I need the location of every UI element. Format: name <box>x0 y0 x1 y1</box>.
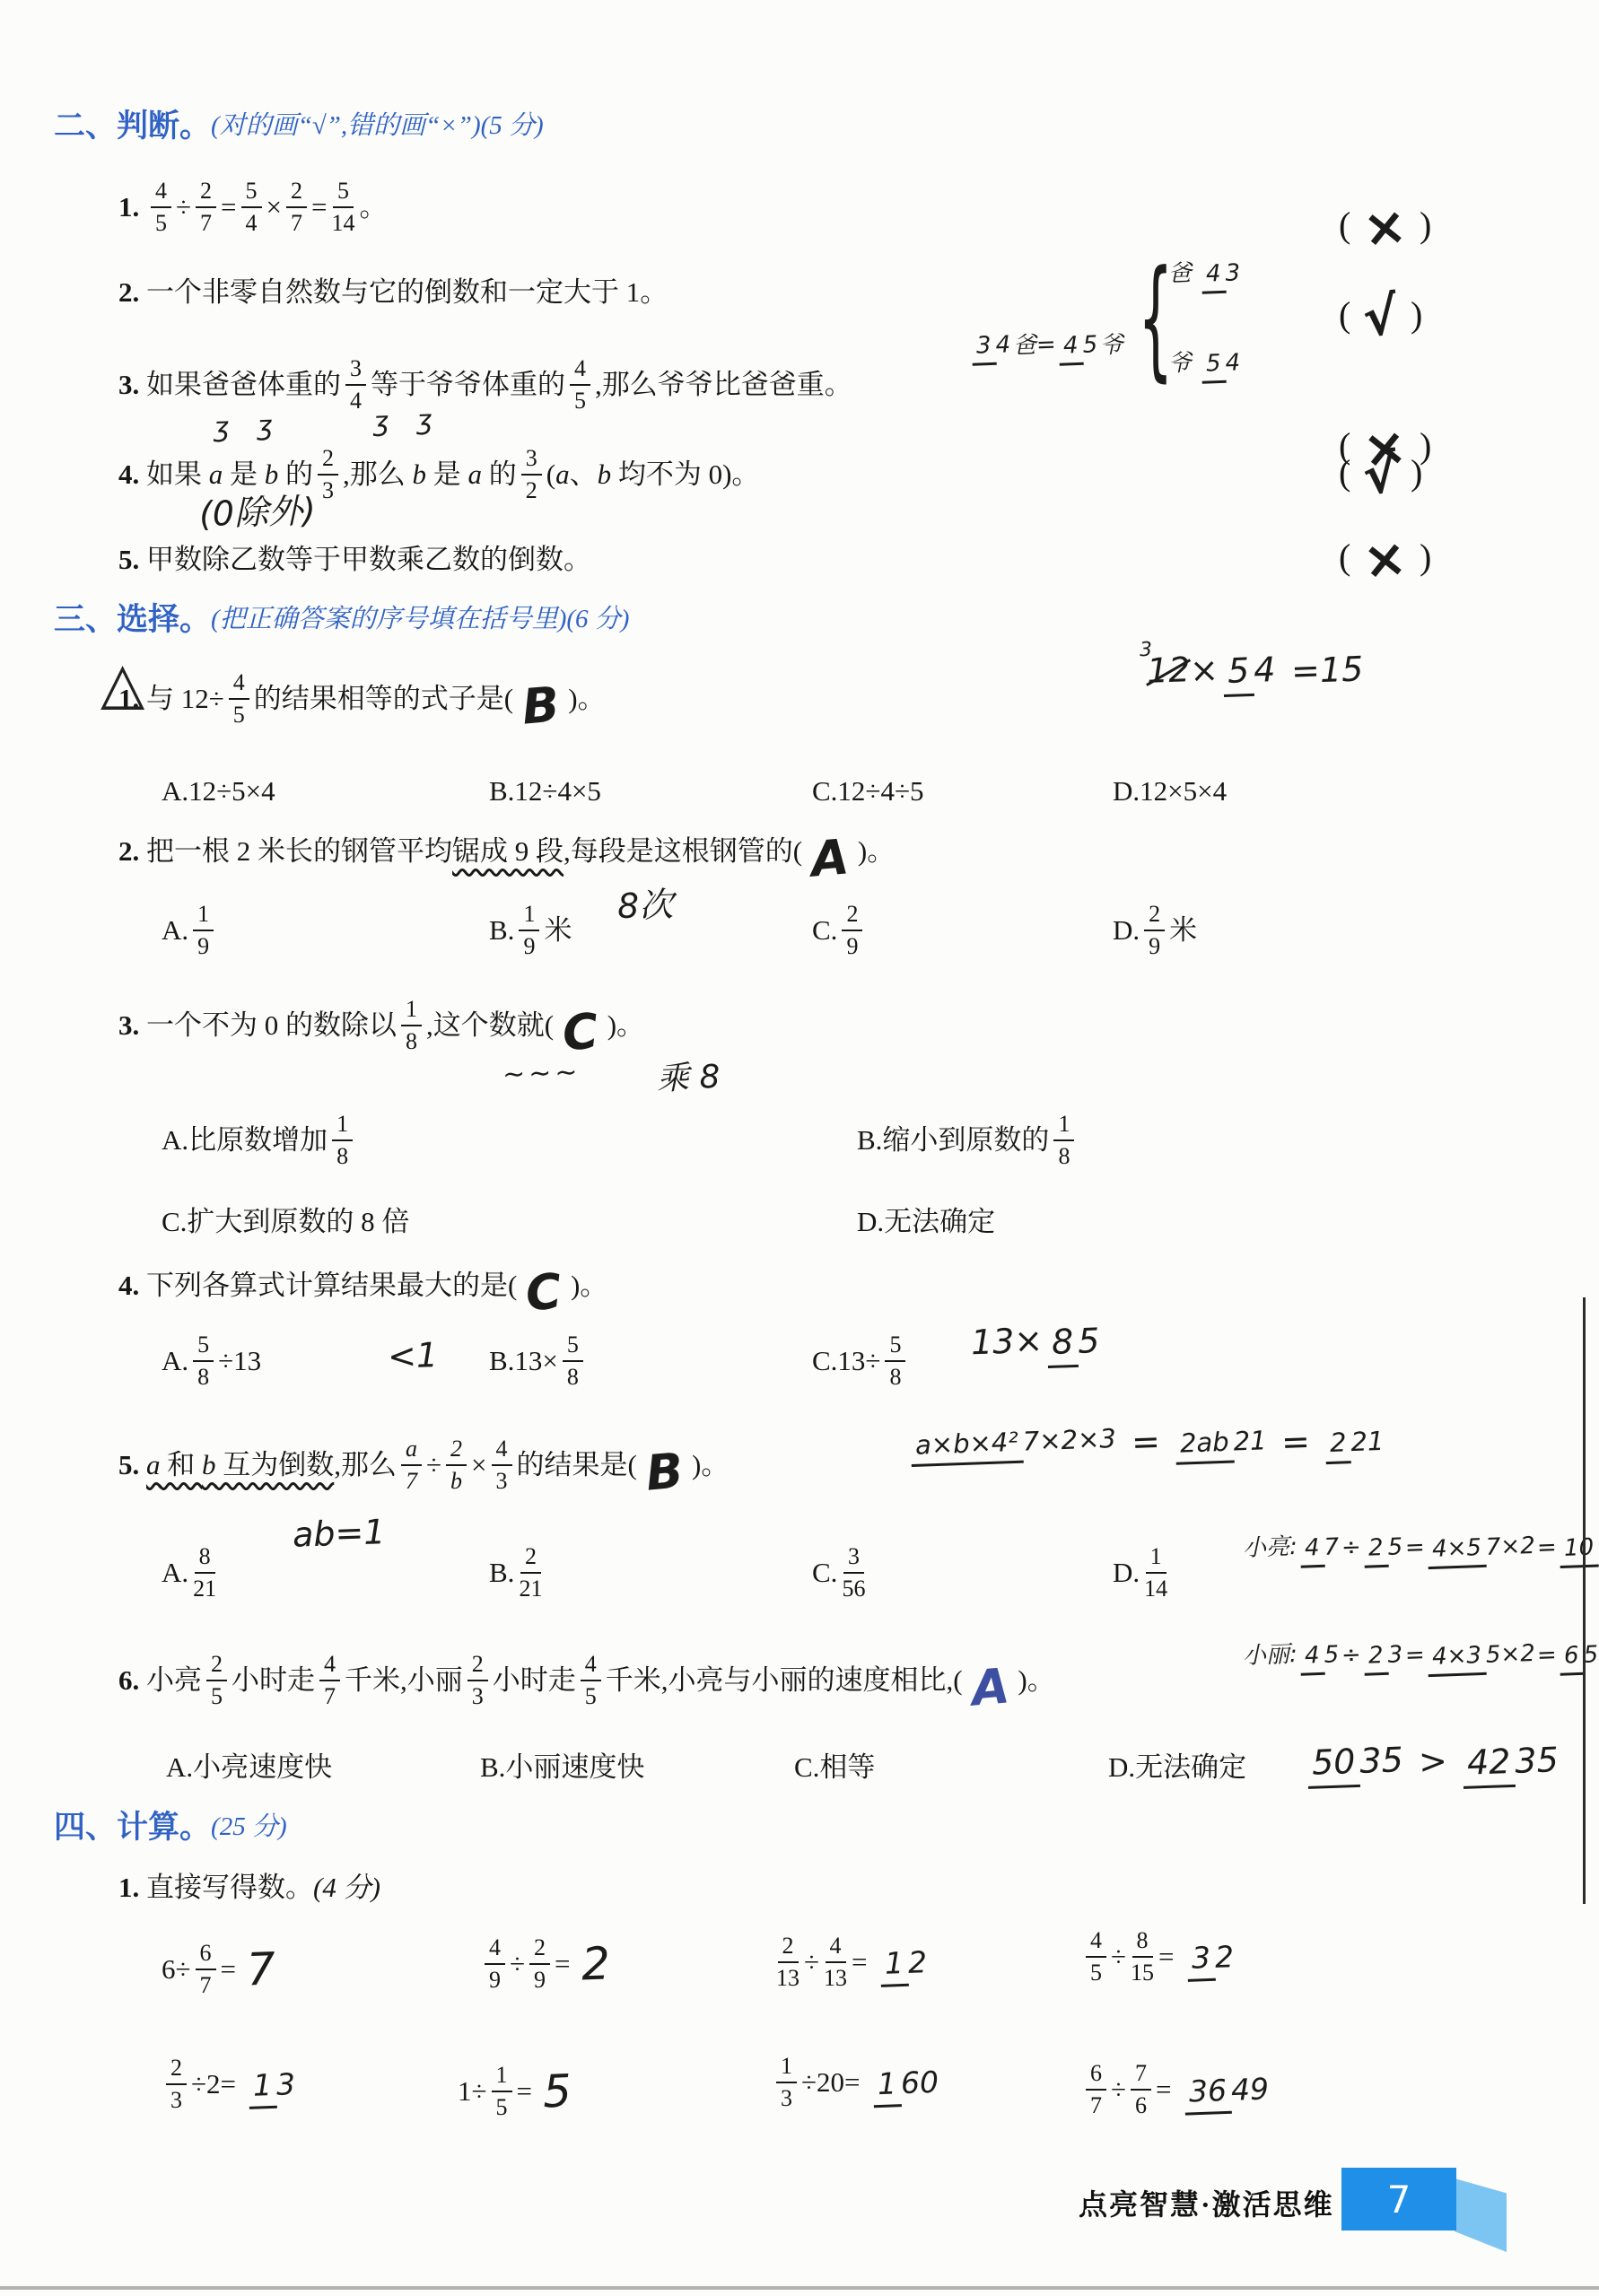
printed-segment: 18 <box>401 998 422 1053</box>
printed-segment: ÷ <box>1111 1939 1126 1975</box>
printed-segment: ( <box>1339 202 1350 249</box>
printed-segment: 如果爸爸体重的 <box>146 367 341 403</box>
printed-segment: 43 <box>1201 261 1241 285</box>
judge-answer-2: (√) <box>1339 289 1422 341</box>
printed-segment: 27 <box>286 179 307 235</box>
printed-segment: ) <box>1411 292 1422 338</box>
printed-segment: 3. <box>118 367 146 403</box>
printed-segment: 45 <box>151 179 171 235</box>
printed-segment: = <box>555 1946 570 1982</box>
handwritten-segment: ~~~ <box>502 1059 581 1088</box>
calc-cell-r2c2: 1÷15=5 <box>458 2064 572 2119</box>
printed-segment: 23 <box>166 2056 187 2112</box>
printed-segment: 45 <box>229 671 249 727</box>
choice-q1-option-c: C.12÷4÷5 <box>812 773 923 809</box>
printed-segment: (25 分) <box>211 1811 287 1845</box>
printed-segment: A. <box>162 1555 188 1591</box>
printed-segment: 18 <box>1053 1113 1074 1168</box>
printed-segment: B. <box>489 1555 514 1591</box>
choice-q3-option-b: B.缩小到原数的18 <box>857 1113 1079 1168</box>
printed-segment: 58 <box>885 1333 905 1389</box>
printed-segment: 3. <box>118 1008 146 1043</box>
printed-segment: 小时走 <box>493 1663 576 1698</box>
printed-segment: 与 12÷ <box>146 681 224 717</box>
printed-segment: 1. <box>118 1870 146 1906</box>
page-number: 7 <box>1387 2178 1411 2222</box>
printed-segment: 如果 <box>146 457 209 493</box>
worksheet-page: 二、判断。(对的画“√”,错的画“×”)(5 分) 1. 45÷27=54×27… <box>0 0 1599 2296</box>
handwritten-segment: = <box>1404 1536 1425 1560</box>
choice-question-6: 6. 小亮25小时走47千米,小丽23小时走45千米,小亮与小丽的速度相比,(A… <box>118 1653 1055 1708</box>
printed-segment: ÷2= <box>191 2066 236 2102</box>
printed-segment: 45 <box>1086 1929 1106 1985</box>
printed-segment: 一个不为 0 的数除以 <box>146 1008 397 1043</box>
printed-segment: 三、 <box>54 599 117 641</box>
printed-segment: 千米,小丽 <box>345 1663 463 1698</box>
printed-segment: ) <box>1411 450 1422 496</box>
printed-segment: ÷ <box>1111 2072 1126 2108</box>
printed-segment: 米 <box>544 912 572 948</box>
printed-segment: = <box>852 1944 867 1980</box>
printed-segment: 213 <box>776 1934 799 1990</box>
handwritten-segment: ab=1 <box>292 1515 386 1552</box>
scan-edge-line <box>1583 1297 1586 1904</box>
printed-segment: 34 <box>345 357 366 413</box>
hw-note-q3-multiply-8: 乘 8 <box>657 1062 720 1095</box>
choice-q4-option-b: B.13×58 <box>489 1333 588 1389</box>
choice-q6-option-d: D.无法确定 <box>1108 1750 1246 1785</box>
handwritten-segment: 小亮: <box>1243 1535 1298 1560</box>
handwritten-segment: 13× <box>970 1323 1043 1360</box>
hw-note-q3-brace: { <box>1140 296 1172 346</box>
printed-segment: 34 <box>972 333 1011 357</box>
handwritten-segment: ÷ <box>1341 1536 1361 1560</box>
printed-segment: 小亮 <box>146 1663 202 1698</box>
printed-segment: 1. <box>118 189 146 225</box>
printed-segment: A. <box>162 1343 188 1379</box>
printed-segment: = <box>311 189 327 225</box>
printed-segment: 3649 <box>1184 2073 1269 2106</box>
hw-note-q3-equation: 34爸=45爷 <box>969 334 1123 357</box>
printed-segment: 2. <box>118 834 146 869</box>
choice-q1-option-d: D.12×5×4 <box>1113 773 1227 809</box>
handwritten-segment: × <box>1360 199 1409 256</box>
printed-segment: ) <box>1420 534 1431 581</box>
judge-item-1: 1. 45÷27=54×27=514。 <box>118 179 387 235</box>
printed-segment: C.相等 <box>794 1750 875 1785</box>
printed-segment: ÷ <box>804 1944 819 1980</box>
printed-segment: D. <box>1113 912 1140 948</box>
printed-segment: 221 <box>519 1545 542 1601</box>
choice-question-4: 4. 下列各算式计算结果最大的是(C)。 <box>118 1261 607 1310</box>
printed-segment: = <box>221 189 236 225</box>
choice-question-3: 3. 一个不为 0 的数除以18,这个数就(C)。 <box>118 998 644 1053</box>
printed-segment: 4235 <box>1462 1742 1559 1780</box>
handwritten-segment: 小丽: <box>1243 1643 1298 1668</box>
printed-segment: 6÷ <box>162 1951 191 1987</box>
handwritten-segment: = <box>1404 1644 1425 1668</box>
printed-segment: 6. <box>118 1663 146 1698</box>
printed-segment: 45 <box>1058 333 1097 357</box>
printed-segment: )。 <box>607 1008 644 1043</box>
printed-segment: B. <box>489 912 514 948</box>
printed-segment: 107 <box>1560 1535 1599 1560</box>
handwritten-segment: = <box>1271 1424 1322 1460</box>
printed-segment: 815 <box>1131 1929 1154 1985</box>
printed-segment: C. <box>812 912 837 948</box>
printed-segment: 45 <box>1299 1643 1339 1667</box>
handwritten-segment: = <box>1537 1644 1558 1668</box>
printed-segment: 4×57×2 <box>1427 1534 1535 1561</box>
printed-segment: 23 <box>467 1653 488 1708</box>
printed-segment: 的结果是( <box>517 1447 637 1483</box>
handwritten-segment: > <box>1407 1743 1458 1779</box>
printed-segment: 锯成 9 段 <box>452 834 564 869</box>
handwritten-segment: B <box>520 680 562 731</box>
printed-segment: 一个非零自然数与它的倒数和一定大于 1。 <box>146 275 668 310</box>
printed-segment: B.13× <box>489 1343 558 1379</box>
printed-segment: 45 <box>570 357 590 413</box>
printed-segment: a <box>468 457 483 493</box>
hw-note-q4-swap-marks: ʒ ʒ ʒ ʒ <box>214 411 436 438</box>
printed-segment: b <box>413 457 427 493</box>
handwritten-segment: 2 <box>581 1941 611 1986</box>
printed-segment: 2. <box>118 275 146 310</box>
printed-segment: 下列各算式计算结果最大的是( <box>146 1268 517 1304</box>
printed-segment: 54 <box>1223 652 1277 688</box>
printed-segment: 等于爷爷体重的 <box>371 367 565 403</box>
printed-segment: 5. <box>118 1447 146 1483</box>
printed-segment: 、 <box>570 457 598 493</box>
printed-segment: 514 <box>331 179 354 235</box>
hw-margin-xiaoli-speed: 小丽:45÷23=4×35×2=65 <box>1243 1644 1599 1667</box>
printed-segment: A.小亮速度快 <box>166 1750 332 1785</box>
printed-segment: 67 <box>1086 2062 1106 2117</box>
printed-segment: 选择。 <box>117 599 211 641</box>
hw-work-q1: 312×54 =15 <box>1140 653 1363 687</box>
printed-segment: A.比原数增加 <box>162 1122 328 1158</box>
hw-note-q3-dad: 爸 43 <box>1168 262 1243 285</box>
printed-segment: ( <box>1339 450 1350 496</box>
printed-segment: 是 <box>223 457 265 493</box>
printed-segment: 49 <box>485 1936 505 1992</box>
printed-segment: 32 <box>521 447 542 502</box>
printed-segment: )。 <box>571 1268 607 1304</box>
printed-segment: 76 <box>1131 2062 1151 2117</box>
handwritten-segment: 爸 <box>1168 261 1200 285</box>
handwritten-segment: 8次 <box>616 887 673 923</box>
handwritten-segment: 爷 <box>1100 334 1124 358</box>
printed-segment: 均不为 0)。 <box>611 457 759 493</box>
printed-segment: 2b <box>446 1437 467 1493</box>
printed-segment: 19 <box>193 903 214 958</box>
choice-q3-option-a: A.比原数增加18 <box>162 1113 357 1168</box>
printed-segment: C. <box>812 1555 837 1591</box>
printed-segment: 54 <box>241 179 262 235</box>
printed-segment: 米 <box>1169 912 1197 948</box>
printed-segment: A. <box>162 912 188 948</box>
printed-segment: 45 <box>581 1653 601 1708</box>
section-judge-header: 二、判断。(对的画“√”,错的画“×”)(5 分) <box>54 106 544 147</box>
choice-q5-option-c: C.356 <box>812 1545 869 1601</box>
handwritten-segment: 爷 <box>1168 351 1200 375</box>
printed-segment: 四、 <box>54 1807 117 1848</box>
printed-segment: 15 <box>492 2064 512 2119</box>
printed-segment: D.12×5×4 <box>1113 773 1227 809</box>
printed-segment: 计算。 <box>117 1807 211 1848</box>
handwritten-segment: C <box>524 1267 564 1318</box>
handwritten-segment: (0除外) <box>198 493 316 532</box>
printed-segment: a7 <box>401 1437 422 1493</box>
hw-note-q4-less-than-1: <1 <box>388 1339 438 1373</box>
choice-q2-option-b: B.19米 <box>489 903 572 958</box>
printed-segment: D.无法确定 <box>1108 1750 1246 1785</box>
printed-segment: 67 <box>196 1942 216 1997</box>
printed-segment: 4. <box>118 457 146 493</box>
judge-item-5: 5. 甲数除乙数等于甲数乘乙数的倒数。 <box>118 542 591 578</box>
printed-segment: a <box>146 1447 161 1483</box>
printed-segment: 821 <box>193 1545 216 1601</box>
printed-segment: × <box>266 189 282 225</box>
choice-q3-option-c: C.扩大到原数的 8 倍 <box>162 1204 409 1240</box>
hw-margin-compare: 5035 > 4235 <box>1303 1744 1562 1778</box>
calc-cell-r1c2: 49÷29=2 <box>480 1936 609 1992</box>
printed-segment: 114 <box>1144 1545 1167 1601</box>
printed-segment: )。 <box>568 681 605 717</box>
handwritten-segment: √ <box>1360 447 1401 502</box>
choice-q1-option-a: A.12÷5×4 <box>162 773 275 809</box>
printed-segment: 千米,小亮与小丽的速度相比,( <box>606 1663 963 1698</box>
printed-segment: 4. <box>118 1268 146 1304</box>
printed-segment: 的 <box>482 457 517 493</box>
handwritten-segment: = <box>1120 1424 1171 1460</box>
hw-note-q2-8-times: 8次 <box>617 888 673 922</box>
handwritten-segment: ÷ <box>1341 1644 1361 1668</box>
printed-segment: 直接写得数。 <box>146 1870 313 1906</box>
printed-segment: B.小丽速度快 <box>480 1750 644 1785</box>
choice-q5-option-d: D.114 <box>1113 1545 1172 1601</box>
printed-segment: ,那么 <box>334 1447 397 1483</box>
handwritten-segment: △ <box>100 655 144 712</box>
printed-segment: b <box>265 457 279 493</box>
printed-segment: 二、 <box>54 106 117 147</box>
printed-segment: 65 <box>1560 1643 1599 1667</box>
calc-cell-r2c4: 67÷76=3649 <box>1081 2062 1273 2117</box>
printed-segment: 29 <box>1144 903 1165 958</box>
printed-segment: 19 <box>519 903 539 958</box>
choice-question-1: △1. 与 12÷45的结果相等的式子是(B)。 <box>118 671 606 727</box>
printed-segment: D. <box>1113 1555 1140 1591</box>
calc-cell-r2c3: 13÷20=160 <box>772 2055 943 2110</box>
printed-segment: 47 <box>1299 1535 1339 1559</box>
printed-segment: a×b×4²7×2×3 <box>911 1426 1117 1459</box>
ribbon-main-shape: 7 <box>1341 2168 1456 2231</box>
printed-segment: D.无法确定 <box>857 1204 995 1240</box>
printed-segment: (4 分) <box>313 1870 380 1906</box>
printed-segment: B.缩小到原数的 <box>857 1122 1049 1158</box>
handwritten-segment: B <box>644 1446 686 1497</box>
choice-q2-option-d: D.29米 <box>1113 903 1197 958</box>
handwritten-segment: 乘 8 <box>656 1061 721 1096</box>
handwritten-segment: <1 <box>387 1338 438 1374</box>
printed-segment: 54 <box>1201 351 1241 375</box>
section-calc-header: 四、计算。(25 分) <box>54 1807 287 1848</box>
printed-segment: ) <box>1420 202 1431 249</box>
printed-segment: 23 <box>318 447 338 502</box>
hw-work-q5: a×b×4²7×2×3 = 2ab21 = 221 <box>906 1425 1389 1459</box>
hw-margin-xiaoliang-speed: 小亮:47÷25=4×57×2=107 <box>1243 1536 1599 1559</box>
printed-segment: 18 <box>332 1113 353 1168</box>
judge-item-2: 2. 一个非零自然数与它的倒数和一定大于 1。 <box>118 275 668 310</box>
printed-segment: b <box>202 1447 216 1483</box>
printed-segment: ,每段是这根钢管的( <box>564 834 802 869</box>
printed-segment: a <box>209 457 223 493</box>
printed-segment: ÷ <box>426 1447 441 1483</box>
printed-segment: 27 <box>196 179 216 235</box>
printed-segment: 25 <box>206 1653 227 1708</box>
printed-segment: 5035 <box>1306 1742 1403 1780</box>
printed-segment: ÷13 <box>218 1343 261 1379</box>
printed-segment: )。 <box>1018 1663 1054 1698</box>
printed-segment: 58 <box>193 1333 214 1389</box>
judge-answer-4: (√) <box>1339 447 1422 499</box>
printed-segment: 85 <box>1047 1323 1101 1359</box>
footer-motto: 点亮智慧·激活思维 <box>1079 2182 1334 2223</box>
calc-cell-r1c3: 213÷413=12 <box>772 1934 931 1990</box>
printed-segment: 把一根 2 米长的钢管平均 <box>146 834 452 869</box>
printed-segment: )。 <box>692 1447 729 1483</box>
printed-segment: C.12÷4÷5 <box>812 773 923 809</box>
calc-cell-r2c1: 23÷2=13 <box>162 2056 300 2112</box>
printed-segment: )。 <box>858 834 895 869</box>
printed-segment: C.13÷ <box>812 1343 880 1379</box>
printed-segment: ( <box>1339 534 1350 581</box>
printed-segment: 413 <box>824 1934 847 1990</box>
handwritten-segment: 爸= <box>1013 333 1057 358</box>
printed-segment: 是 <box>426 457 468 493</box>
printed-segment: = <box>517 2073 532 2109</box>
handwritten-segment: A <box>969 1662 1010 1713</box>
printed-segment: = <box>221 1951 236 1987</box>
printed-segment: 47 <box>319 1653 340 1708</box>
printed-segment: 58 <box>563 1333 583 1389</box>
handwritten-segment: 7 <box>246 1946 276 1992</box>
printed-segment: × <box>471 1447 486 1483</box>
handwritten-segment: ʒ ʒ ʒ ʒ <box>214 407 437 442</box>
printed-segment: (把正确答案的序号填在括号里)(6 分) <box>211 603 629 637</box>
printed-segment: C.扩大到原数的 8 倍 <box>162 1204 409 1240</box>
choice-q6-option-c: C.相等 <box>794 1750 875 1785</box>
printed-segment: a <box>555 457 570 493</box>
printed-segment: A.12÷5×4 <box>162 773 275 809</box>
printed-segment: ( <box>1339 292 1350 338</box>
hw-squiggle-q3: ~~~ <box>502 1061 581 1087</box>
choice-question-2: 2. 把一根 2 米长的钢管平均锯成 9 段,每段是这根钢管的(A)。 <box>118 827 895 876</box>
printed-segment: 25 <box>1363 1535 1402 1559</box>
calc-cell-r1c1: 6÷67=7 <box>162 1942 275 1997</box>
printed-segment: (对的画“√”,错的画“×”)(5 分) <box>211 109 544 144</box>
printed-segment: = <box>1158 1939 1174 1975</box>
section-choice-header: 三、选择。(把正确答案的序号填在括号里)(6 分) <box>54 599 629 641</box>
printed-segment: ,那么 <box>343 457 413 493</box>
printed-segment: B.12÷4×5 <box>489 773 601 809</box>
choice-q1-option-b: B.12÷4×5 <box>489 773 601 809</box>
handwritten-segment: = <box>1537 1536 1558 1560</box>
hw-work-q4: 13×85 <box>971 1324 1105 1358</box>
choice-q5-option-a: A.821 <box>162 1545 221 1601</box>
choice-question-5: 5. a 和 b 互为倒数,那么a7÷2b×43的结果是(B)。 <box>118 1437 729 1493</box>
printed-segment: 356 <box>842 1545 865 1601</box>
printed-segment: ,这个数就( <box>426 1008 554 1043</box>
printed-segment: 1÷ <box>458 2073 487 2109</box>
hw-note-q4-zero-excluded: (0除外) <box>199 495 316 529</box>
printed-segment: 。 <box>359 189 387 225</box>
printed-segment: 互为倒数 <box>216 1447 335 1483</box>
printed-segment: 23 <box>1363 1643 1402 1667</box>
printed-segment: 小时走 <box>232 1663 315 1698</box>
choice-q6-option-b: B.小丽速度快 <box>480 1750 644 1785</box>
printed-segment: = <box>1156 2072 1171 2108</box>
printed-segment: 221 <box>1325 1427 1385 1455</box>
printed-segment: b <box>598 457 612 493</box>
judge-answer-5: (×) <box>1339 531 1431 583</box>
page-number-ribbon: 7 <box>1341 2168 1512 2257</box>
choice-q3-option-d: D.无法确定 <box>857 1204 995 1240</box>
printed-segment: 判断。 <box>117 106 211 147</box>
printed-segment: 的 <box>278 457 313 493</box>
printed-segment: ÷ <box>176 189 191 225</box>
printed-segment: 甲数除乙数等于甲数乘乙数的倒数。 <box>146 542 591 578</box>
printed-segment: 和 <box>161 1447 203 1483</box>
choice-q4-option-a: A.58÷13 <box>162 1333 261 1389</box>
printed-segment: 12 <box>879 1947 927 1978</box>
choice-q4-option-c: C.13÷58 <box>812 1333 910 1389</box>
printed-segment: 13 <box>248 2069 295 2100</box>
printed-segment: 的结果相等的式子是( <box>254 681 513 717</box>
printed-segment: 29 <box>842 903 862 958</box>
printed-segment: ,那么爷爷比爸爸重。 <box>595 367 852 403</box>
hw-note-q3-grandpa: 爷 54 <box>1168 352 1243 375</box>
choice-q6-option-a: A.小亮速度快 <box>166 1750 332 1785</box>
printed-segment: 29 <box>529 1936 550 1992</box>
printed-segment: ( <box>546 457 555 493</box>
printed-segment: 32 <box>1186 1942 1234 1973</box>
printed-segment: 13 <box>776 2055 797 2110</box>
choice-q5-option-b: B.221 <box>489 1545 546 1601</box>
handwritten-segment: × <box>1360 531 1409 588</box>
handwritten-segment: C <box>561 1007 600 1058</box>
page-bottom-rule <box>0 2286 1599 2290</box>
judge-answer-1: (×) <box>1339 199 1431 251</box>
handwritten-segment: =15 <box>1280 651 1364 688</box>
calc-subtitle: 1. 直接写得数。(4 分) <box>118 1870 380 1906</box>
printed-segment: 160 <box>872 2066 939 2099</box>
choice-q2-option-a: A.19 <box>162 903 218 958</box>
printed-segment: 43 <box>492 1437 512 1493</box>
calc-cell-r1c4: 45÷815=32 <box>1081 1929 1238 1985</box>
ribbon-fold-shape <box>1455 2178 1507 2252</box>
choice-q2-option-c: C.29 <box>812 903 867 958</box>
handwritten-segment: 5 <box>542 2068 572 2114</box>
printed-segment: ÷20= <box>801 2065 861 2100</box>
handwritten-segment: A <box>809 833 851 884</box>
judge-item-3: 3. 如果爸爸体重的34等于爷爷体重的45,那么爷爷比爸爸重。 <box>118 357 852 413</box>
handwritten-segment: √ <box>1360 289 1401 345</box>
handwritten-segment: × <box>1190 652 1219 687</box>
printed-segment: 2ab21 <box>1175 1427 1266 1457</box>
handwritten-segment: 12 <box>1146 652 1191 688</box>
printed-segment: 5. <box>118 542 146 578</box>
